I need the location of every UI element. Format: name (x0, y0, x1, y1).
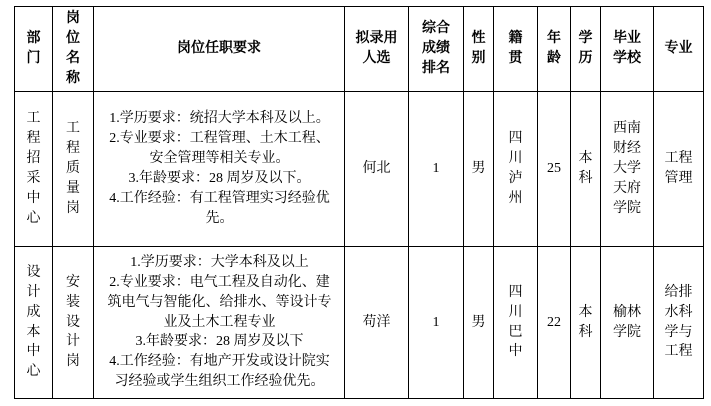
header-row: 部门 岗位名称 岗位任职要求 拟录用人选 综合成绩排名 性别 籍贯 年龄 学历 … (15, 7, 704, 92)
cell-age: 22 (538, 247, 571, 399)
requirement-line: 4.工作经验：有地产开发或设计院实习经验或学生组织工作经验优先。 (103, 352, 336, 392)
cell-hometown: 四川泸州 (494, 92, 538, 247)
header-education: 学历 (571, 7, 601, 92)
header-candidate: 拟录用人选 (345, 7, 409, 92)
cell-department: 工程招采中心 (15, 92, 53, 247)
header-position-name: 岗位名称 (53, 7, 94, 92)
table-row: 设计成本中心 安装设计岗 1.学历要求：大学本科及以上 2.专业要求：电气工程及… (15, 247, 704, 399)
cell-hometown: 四川巴中 (494, 247, 538, 399)
header-major: 专业 (654, 7, 704, 92)
cell-requirements: 1.学历要求：大学本科及以上 2.专业要求：电气工程及自动化、建筑电气与智能化、… (94, 247, 345, 399)
table-row: 工程招采中心 工程质量岗 1.学历要求：统招大学本科及以上。 2.专业要求：工程… (15, 92, 704, 247)
cell-position: 工程质量岗 (53, 92, 94, 247)
requirement-line: 1.学历要求：统招大学本科及以上。 (103, 109, 336, 129)
header-department: 部门 (15, 7, 53, 92)
header-hometown: 籍贯 (494, 7, 538, 92)
cell-candidate: 苟洋 (345, 247, 409, 399)
requirement-line: 2.专业要求：电气工程及自动化、建筑电气与智能化、给排水、等设计专业及土木工程专… (103, 273, 336, 333)
cell-department: 设计成本中心 (15, 247, 53, 399)
header-gender: 性别 (464, 7, 494, 92)
cell-major: 给排水科学与工程 (654, 247, 704, 399)
requirement-line: 4.工作经验：有工程管理实习经验优先。 (103, 189, 336, 229)
requirement-line: 2.专业要求：工程管理、土木工程、安全管理等相关专业。 (103, 129, 336, 169)
recruitment-table: 部门 岗位名称 岗位任职要求 拟录用人选 综合成绩排名 性别 籍贯 年龄 学历 … (14, 6, 704, 399)
header-age: 年龄 (538, 7, 571, 92)
header-requirements: 岗位任职要求 (94, 7, 345, 92)
cell-education: 本科 (571, 247, 601, 399)
cell-school: 榆林学院 (601, 247, 654, 399)
cell-position: 安装设计岗 (53, 247, 94, 399)
cell-education: 本科 (571, 92, 601, 247)
cell-major: 工程管理 (654, 92, 704, 247)
cell-gender: 男 (464, 247, 494, 399)
cell-requirements: 1.学历要求：统招大学本科及以上。 2.专业要求：工程管理、土木工程、安全管理等… (94, 92, 345, 247)
cell-rank: 1 (409, 247, 464, 399)
cell-gender: 男 (464, 92, 494, 247)
cell-candidate: 何北 (345, 92, 409, 247)
requirement-line: 3.年龄要求：28 周岁及以下 (103, 332, 336, 352)
header-school: 毕业学校 (601, 7, 654, 92)
requirement-line: 1.学历要求：大学本科及以上 (103, 253, 336, 273)
cell-school: 西南财经大学天府学院 (601, 92, 654, 247)
cell-rank: 1 (409, 92, 464, 247)
header-score-rank: 综合成绩排名 (409, 7, 464, 92)
requirement-line: 3.年龄要求：28 周岁及以下。 (103, 169, 336, 189)
cell-age: 25 (538, 92, 571, 247)
recruitment-table-container: 部门 岗位名称 岗位任职要求 拟录用人选 综合成绩排名 性别 籍贯 年龄 学历 … (14, 6, 704, 399)
